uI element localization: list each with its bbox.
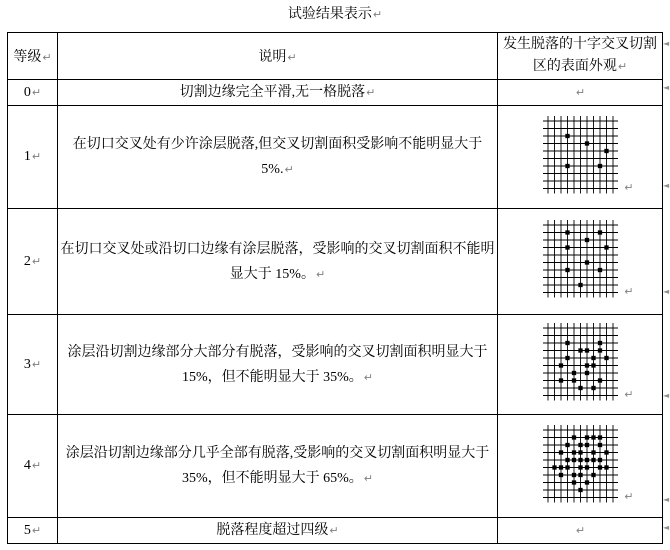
description-text: 涂层沿切割边缘部分大部分有脱落，受影响的交叉切割面积明显大于 15%，但不能明显… <box>68 345 488 385</box>
header-appearance-label: 发生脱落的十字交叉切割区的表面外观 <box>503 37 657 74</box>
grade-cell: 3↵ <box>8 315 58 415</box>
paragraph-mark: ↵ <box>618 60 627 73</box>
description-cell: 在切口交叉处或沿切口边缘有涂层脱落，受影响的交叉切割面积不能明显大于 15%。↵ <box>58 209 498 315</box>
row-end-mark: ◄ <box>663 392 670 400</box>
paragraph-mark: ↵ <box>624 286 633 297</box>
row-end-mark: ◄ <box>663 84 670 92</box>
grade-cell: 0↵ <box>8 80 58 106</box>
paragraph-mark: ↵ <box>32 255 41 268</box>
header-grade-label: 等级 <box>13 50 41 65</box>
description-cell: 涂层沿切割边缘部分几乎全部有脱落,受影响的交叉切割面积明显大于 35%，但不能明… <box>58 415 498 518</box>
table-row-grade-0: 0↵ 切割边缘完全平滑,无一格脱落↵ ↵ <box>8 80 663 106</box>
grade-cell: 1↵ <box>8 106 58 209</box>
header-appearance: 发生脱落的十字交叉切割区的表面外观↵ <box>498 33 663 80</box>
table-row-grade-3: 3↵ 涂层沿切割边缘部分大部分有脱落，受影响的交叉切割面积明显大于 15%，但不… <box>8 315 663 415</box>
paragraph-mark: ↵ <box>42 51 51 64</box>
header-description: 说明↵ <box>58 33 498 80</box>
description-text: 切割边缘完全平滑,无一格脱落 <box>180 85 366 100</box>
cross-cut-grid-image <box>542 424 619 504</box>
grade-cell: 4↵ <box>8 415 58 518</box>
grade-value: 4 <box>24 458 31 473</box>
paragraph-mark: ↵ <box>32 524 41 537</box>
grade-value: 3 <box>24 357 31 372</box>
table-row-grade-1: 1↵ 在切口交叉处有少许涂层脱落,但交叉切割面积受影响不能明显大于 5%.↵ ↵ <box>8 106 663 209</box>
paragraph-mark: ↵ <box>329 524 338 537</box>
paragraph-mark: ↵ <box>32 150 41 163</box>
grade-value: 2 <box>24 254 31 269</box>
cross-cut-grid-image <box>542 219 619 299</box>
row-end-mark: ◄ <box>663 40 670 48</box>
table-row-grade-2: 2↵ 在切口交叉处或沿切口边缘有涂层脱落，受影响的交叉切割面积不能明显大于 15… <box>8 209 663 315</box>
paragraph-mark: ↵ <box>373 8 382 21</box>
page-title-text: 试验结果表示 <box>288 7 372 22</box>
paragraph-mark: ↵ <box>364 472 373 485</box>
paragraph-mark: ↵ <box>624 182 633 193</box>
paragraph-mark: ↵ <box>287 51 296 64</box>
appearance-cell: ↵ <box>498 80 663 106</box>
header-description-label: 说明 <box>258 50 286 65</box>
appearance-cell: ↵ <box>498 209 663 315</box>
row-end-mark: ◄ <box>663 288 670 296</box>
appearance-cell: ↵ <box>498 106 663 209</box>
cross-cut-grid-image <box>542 115 619 195</box>
appearance-cell: ↵ <box>498 415 663 518</box>
paragraph-mark: ↵ <box>366 86 375 99</box>
appearance-cell: ↵ <box>498 518 663 544</box>
paragraph-mark: ↵ <box>32 86 41 99</box>
paragraph-mark: ↵ <box>624 491 633 502</box>
description-text: 涂层沿切割边缘部分几乎全部有脱落,受影响的交叉切割面积明显大于 35%，但不能明… <box>66 446 490 486</box>
paragraph-mark: ↵ <box>316 268 325 281</box>
paragraph-mark: ↵ <box>364 371 373 384</box>
description-cell: 涂层沿切割边缘部分大部分有脱落，受影响的交叉切割面积明显大于 15%，但不能明显… <box>58 315 498 415</box>
paragraph-mark: ↵ <box>624 389 633 400</box>
description-cell: 脱落程度超过四级↵ <box>58 518 498 544</box>
appearance-cell: ↵ <box>498 315 663 415</box>
table-row-grade-5: 5↵ 脱落程度超过四级↵ ↵ <box>8 518 663 544</box>
paragraph-mark: ↵ <box>576 524 585 537</box>
description-cell: 切割边缘完全平滑,无一格脱落↵ <box>58 80 498 106</box>
grade-value: 0 <box>24 85 31 100</box>
paragraph-mark: ↵ <box>32 459 41 472</box>
description-text: 在切口交叉处或沿切口边缘有涂层脱落，受影响的交叉切割面积不能明显大于 15%。 <box>61 242 495 282</box>
row-end-mark: ◄ <box>663 182 670 190</box>
grade-cell: 5↵ <box>8 518 58 544</box>
paragraph-mark: ↵ <box>576 86 585 99</box>
row-end-mark: ◄ <box>663 496 670 504</box>
grade-value: 1 <box>24 149 31 164</box>
cross-cut-grid-image <box>542 322 619 402</box>
description-cell: 在切口交叉处有少许涂层脱落,但交叉切割面积受影响不能明显大于 5%.↵ <box>58 106 498 209</box>
row-end-mark: ◄ <box>663 524 670 532</box>
grade-cell: 2↵ <box>8 209 58 315</box>
paragraph-mark: ↵ <box>284 163 293 176</box>
paragraph-mark: ↵ <box>32 358 41 371</box>
table-row-grade-4: 4↵ 涂层沿切割边缘部分几乎全部有脱落,受影响的交叉切割面积明显大于 35%，但… <box>8 415 663 518</box>
header-row: 等级↵ 说明↵ 发生脱落的十字交叉切割区的表面外观↵ <box>8 33 663 80</box>
description-text: 脱落程度超过四级 <box>216 523 328 538</box>
document-page: 试验结果表示↵ 等级↵ 说明↵ 发生脱落的十字交叉切割区的表面外观↵ 0↵ 切割… <box>0 0 670 550</box>
description-text: 在切口交叉处有少许涂层脱落,但交叉切割面积受影响不能明显大于 5%. <box>73 137 483 177</box>
results-table: 等级↵ 说明↵ 发生脱落的十字交叉切割区的表面外观↵ 0↵ 切割边缘完全平滑,无… <box>7 32 663 544</box>
page-title: 试验结果表示↵ <box>0 5 670 25</box>
header-grade: 等级↵ <box>8 33 58 80</box>
grade-value: 5 <box>24 523 31 538</box>
